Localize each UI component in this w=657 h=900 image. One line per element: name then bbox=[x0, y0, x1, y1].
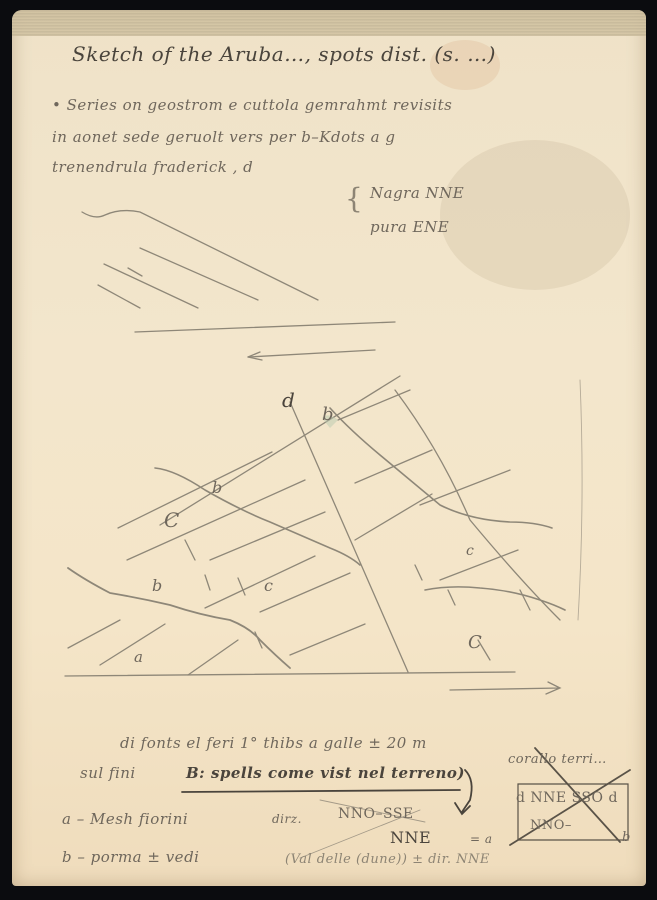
legend-a-dir-label: dirz. bbox=[272, 812, 302, 826]
label-C-right: C bbox=[468, 632, 482, 653]
legend-a-dir-2: NNE bbox=[390, 828, 431, 847]
note-line-2-left: sul fini bbox=[80, 764, 136, 782]
label-b-lower: b bbox=[152, 576, 163, 595]
upper-strata-sketch bbox=[82, 211, 395, 360]
legend-a-dir-1: NNO–SSE bbox=[338, 806, 414, 822]
legend-a: a – Mesh fiorini bbox=[62, 810, 188, 828]
label-C-left: C bbox=[164, 508, 180, 532]
label-c-right: c bbox=[466, 543, 474, 559]
note-line-2-right: corallo terri… bbox=[508, 752, 607, 767]
legend-a-suffix: = a bbox=[470, 832, 493, 846]
crossed-box-line-2: NNO– bbox=[530, 818, 572, 833]
crossed-box-line-1: d NNE SSO d bbox=[516, 790, 618, 806]
label-d: d bbox=[282, 388, 295, 412]
label-b-upper-right: b bbox=[322, 404, 334, 425]
legend-b: b – porma ± vedi bbox=[62, 848, 199, 866]
label-b-upper-left: b bbox=[212, 478, 223, 497]
crossed-box-suffix: b bbox=[622, 830, 631, 845]
note-line-1: di fonts el feri 1° thibs a galle ± 20 m bbox=[120, 734, 427, 752]
note-underlined: B: spells come vist nel terreno) bbox=[186, 764, 465, 782]
label-a: a bbox=[134, 648, 143, 666]
label-c-middle: c bbox=[264, 576, 273, 595]
legend-b-detail: (Val delle (dune)) ± dir. NNE bbox=[285, 852, 490, 867]
